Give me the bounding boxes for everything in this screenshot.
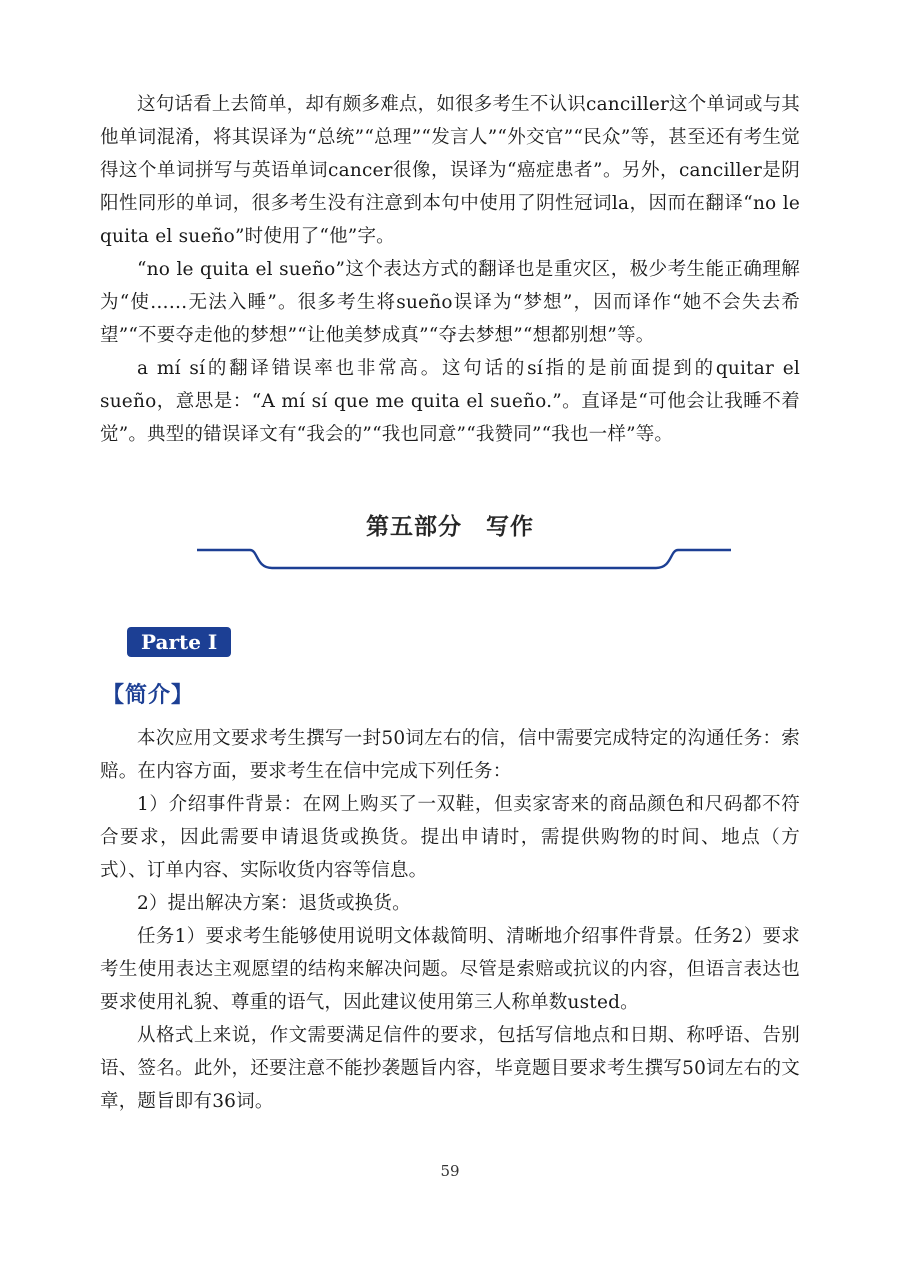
document-page: 这句话看上去简单，却有颇多难点，如很多考生不认识canciller这个单词或与其…: [0, 0, 900, 1282]
page-number: 59: [0, 1162, 900, 1180]
intro-paragraph: 本次应用文要求考生撰写一封50词左右的信，信中需要完成特定的沟通任务：索赔。在内…: [100, 722, 800, 788]
intro-section: 本次应用文要求考生撰写一封50词左右的信，信中需要完成特定的沟通任务：索赔。在内…: [100, 722, 800, 1118]
intro-paragraph: 从格式上来说，作文需要满足信件的要求，包括写信地点和日期、称呼语、告别语、签名。…: [100, 1019, 800, 1118]
translation-analysis-section: 这句话看上去简单，却有颇多难点，如很多考生不认识canciller这个单词或与其…: [100, 88, 800, 451]
intro-heading: 【简介】: [102, 681, 194, 711]
section-title: 第五部分 写作: [0, 511, 900, 543]
section-divider-line: [190, 543, 738, 571]
intro-paragraph: 任务1）要求考生能够使用说明文体裁简明、清晰地介绍事件背景。任务2）要求考生使用…: [100, 920, 800, 1019]
analysis-paragraph: a mí sí的翻译错误率也非常高。这句话的sí指的是前面提到的quitar e…: [100, 352, 800, 451]
analysis-paragraph: “no le quita el sueño”这个表达方式的翻译也是重灾区，极少考…: [100, 253, 800, 352]
intro-paragraph: 2）提出解决方案：退货或换货。: [100, 887, 800, 920]
parte-badge: Parte I: [127, 627, 231, 657]
intro-paragraph: 1）介绍事件背景：在网上购买了一双鞋，但卖家寄来的商品颜色和尺码都不符合要求，因…: [100, 788, 800, 887]
analysis-paragraph: 这句话看上去简单，却有颇多难点，如很多考生不认识canciller这个单词或与其…: [100, 88, 800, 253]
